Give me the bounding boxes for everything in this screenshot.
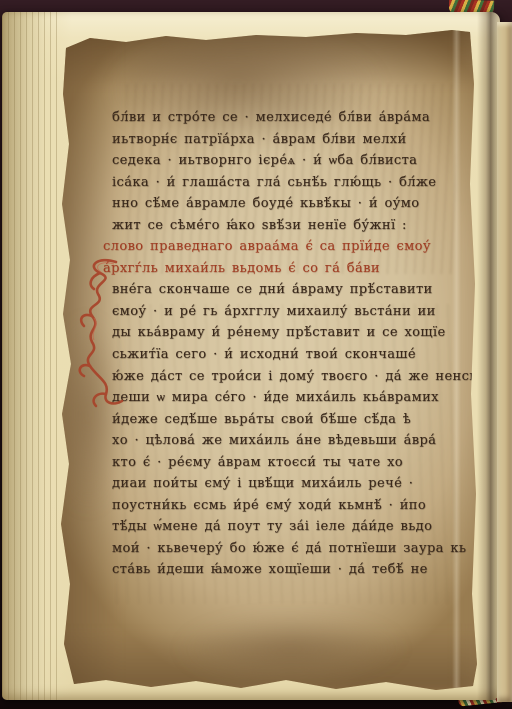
manuscript-line: кто є́ · ре́єму а́врам ктоєси́ ты чате х… [112, 452, 474, 474]
rubric-line: слово праведнаго авраа́ма є́ са прїи́де … [103, 236, 474, 258]
manuscript-line: нно сѣ́ме а́врамле боуде́ кьвѣ́кы · и́ о… [112, 193, 474, 215]
manuscript-line: и́деже седѣ́ше вьра́ты свои́ бѣ́ше сѣ́да… [112, 409, 474, 431]
manuscript-line: іса́ка · и́ глаша́ста гла́ сьнѣ́ь глю́щь… [112, 172, 474, 194]
manuscript-line: диаи пои́ты єму́ і цвѣ́щи миха́иль рече́… [112, 473, 474, 495]
facing-page-strip [497, 22, 512, 702]
manuscript-line: жит се сѣме́го ꙗ́ко ѕвѣ́зи ненїе бу́жнї … [112, 215, 474, 237]
manuscript-line: хо · цѣлова́ же миха́иль а́не вѣдевьши а… [112, 430, 474, 452]
manuscript-line: ємоу́ · и ре́ гь а́рхгглу михаилу́ вьста… [112, 301, 474, 323]
manuscript-photo: бл́ви и стро́те се · мелхиседе́ бл́ви а́… [0, 0, 512, 709]
gutter-shadow [477, 12, 499, 700]
fore-edge-lines [2, 12, 60, 700]
manuscript-line: ста́вь и́деши ꙗ́може хощїеши · да́ тебѣ́… [112, 559, 474, 581]
manuscript-line: деши ѡ мира се́го · и́де миха́иль кьа́вр… [112, 387, 474, 409]
manuscript-line: поустни́кь єсмь и́ре́ єму́ ходи́ кьмнѣ́ … [112, 495, 474, 517]
rubric-line: а́рхгѓль михаи́ль вьдомь є́ со га́ ба́ви [103, 258, 474, 280]
manuscript-line: сьжит́їа сего · и́ исходни́ твои́ сконча… [112, 344, 474, 366]
text-block: бл́ви и стро́те се · мелхиседе́ бл́ви а́… [112, 107, 474, 581]
manuscript-line: бл́ви и стро́те се · мелхиседе́ бл́ви а́… [112, 107, 474, 129]
parchment-stain [176, 614, 406, 684]
manuscript-line: иьтворн́є патрїа́рха · а́врам бл́ви мелх… [112, 129, 474, 151]
manuscript-line: тѣ́ды ѡ́мене да́ поут ту за́і іеле да́и́… [112, 516, 474, 538]
manuscript-line: седека · иьтворнго ієре́ѧ · и́ ѡба бл́ви… [112, 150, 474, 172]
manuscript-line: вне́га скончаше се дни́ а́враму прѣ́став… [112, 279, 474, 301]
manuscript-line: ды кьа́враму и́ ре́нему прѣ́ставит и се … [112, 322, 474, 344]
illuminated-initial-flourish [76, 254, 130, 412]
manuscript-line: ю́же да́ст се трои́си і дому́ твоєго · д… [112, 366, 474, 388]
manuscript-line: мои́ · кьвечеру́ бо ю́же є́ да́ потнїеши… [112, 538, 474, 560]
